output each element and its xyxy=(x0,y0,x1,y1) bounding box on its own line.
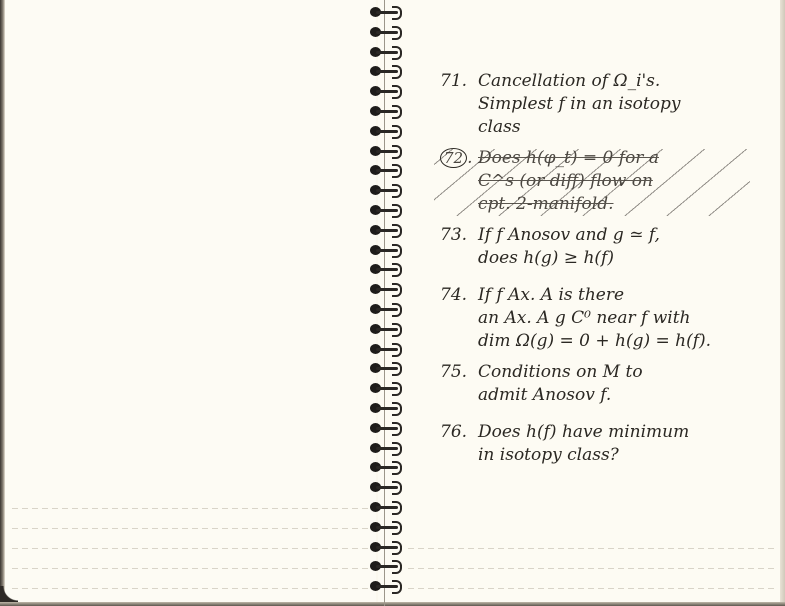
ring-hook xyxy=(392,244,402,258)
ring-hook xyxy=(392,145,402,159)
note-line: Simplest f in an isotopy xyxy=(440,93,780,116)
note-line: cpt. 2-manifold. xyxy=(440,193,780,216)
note-item-74: 74.If f Ax. A is there an Ax. A g C⁰ nea… xyxy=(440,284,780,353)
spiral-ring xyxy=(370,164,404,176)
ring-hook xyxy=(392,303,402,317)
spiral-ring xyxy=(370,481,404,493)
ring-hook xyxy=(392,323,402,337)
spiral-ring xyxy=(370,343,404,355)
note-line: If f Anosov and g ≃ f, xyxy=(478,225,660,245)
spiral-ring xyxy=(370,402,404,414)
note-line: Cancellation of Ω_i's. xyxy=(478,71,660,91)
handwritten-notes: 71.Cancellation of Ω_i's. Simplest f in … xyxy=(440,70,780,475)
spiral-ring xyxy=(370,204,404,216)
ring-hook xyxy=(392,184,402,198)
ring-hook xyxy=(392,204,402,218)
right-page-edge xyxy=(780,0,785,606)
spiral-ring xyxy=(370,382,404,394)
note-item-71: 71.Cancellation of Ω_i's. Simplest f in … xyxy=(440,70,780,139)
ring-hook xyxy=(392,501,402,515)
ring-hook xyxy=(392,224,402,238)
item-number: 76. xyxy=(440,421,478,444)
left-page xyxy=(0,0,376,606)
spiral-ring xyxy=(370,6,404,18)
ring-hook xyxy=(392,422,402,436)
ruled-line xyxy=(408,548,778,549)
spiral-ring xyxy=(370,244,404,256)
spiral-ring xyxy=(370,422,404,434)
spiral-ring xyxy=(370,46,404,58)
ring-hook xyxy=(392,283,402,297)
ruled-line xyxy=(408,588,778,589)
spiral-ring xyxy=(370,283,404,295)
spiral-ring xyxy=(370,303,404,315)
ring-hook xyxy=(392,362,402,376)
ruled-line xyxy=(12,528,372,529)
ring-hook xyxy=(392,6,402,20)
note-line: If f Ax. A is there xyxy=(478,285,624,305)
ring-hook xyxy=(392,461,402,475)
circled-number: 72 xyxy=(440,148,467,168)
spiral-ring xyxy=(370,442,404,454)
ring-hook xyxy=(392,164,402,178)
ring-hook xyxy=(392,26,402,40)
ring-hook xyxy=(392,125,402,139)
note-line: an Ax. A g C⁰ near f with xyxy=(440,307,780,330)
ring-hook xyxy=(392,46,402,60)
spiral-ring xyxy=(370,580,404,592)
ring-hook xyxy=(392,580,402,594)
note-line: dim Ω(g) = 0 + h(g) = h(f). xyxy=(440,330,780,353)
spiral-ring xyxy=(370,85,404,97)
spiral-ring xyxy=(370,461,404,473)
bottom-edge xyxy=(0,602,785,606)
spiral-ring xyxy=(370,263,404,275)
note-line: admit Anosov f. xyxy=(440,384,780,407)
spiral-ring xyxy=(370,105,404,117)
ruled-line xyxy=(12,548,372,549)
ring-hook xyxy=(392,442,402,456)
spiral-ring xyxy=(370,184,404,196)
note-line: class xyxy=(440,116,780,139)
spiral-ring xyxy=(370,501,404,513)
spiral-ring xyxy=(370,26,404,38)
note-line: Does h(f) have minimum xyxy=(478,422,689,442)
ring-hook xyxy=(392,402,402,416)
ring-hook xyxy=(392,382,402,396)
ring-hook xyxy=(392,105,402,119)
ruled-line xyxy=(12,568,372,569)
item-number: 75. xyxy=(440,361,478,384)
ring-hook xyxy=(392,343,402,357)
ring-hook xyxy=(392,85,402,99)
ring-hook xyxy=(392,65,402,79)
spiral-ring xyxy=(370,224,404,236)
note-item-73: 73.If f Anosov and g ≃ f, does h(g) ≥ h(… xyxy=(440,224,780,270)
ring-hook xyxy=(392,541,402,555)
ruled-line xyxy=(12,588,372,589)
ring-hook xyxy=(392,481,402,495)
spiral-ring xyxy=(370,125,404,137)
item-number: 71. xyxy=(440,70,478,93)
ruled-line xyxy=(12,508,372,509)
note-line: C^s (or diff) flow on xyxy=(440,170,780,193)
item-number: 74. xyxy=(440,284,478,307)
note-line: Conditions on M to xyxy=(478,362,643,382)
ruled-line xyxy=(408,568,778,569)
spiral-ring xyxy=(370,362,404,374)
spiral-ring xyxy=(370,541,404,553)
spiral-ring xyxy=(370,65,404,77)
spiral-ring xyxy=(370,560,404,572)
left-page-edge xyxy=(0,0,5,606)
ring-hook xyxy=(392,521,402,535)
item-number: 72. xyxy=(440,147,478,170)
note-line: in isotopy class? xyxy=(440,444,780,467)
note-item-72-struck: 72.Does h(φ_t) = 0 for a C^s (or diff) f… xyxy=(440,147,780,216)
spiral-ring xyxy=(370,323,404,335)
note-line: does h(g) ≥ h(f) xyxy=(440,247,780,270)
spiral-ring xyxy=(370,145,404,157)
spiral-ring xyxy=(370,521,404,533)
item-number: 73. xyxy=(440,224,478,247)
note-item-75: 75.Conditions on M to admit Anosov f. xyxy=(440,361,780,407)
note-line: Does h(φ_t) = 0 for a xyxy=(478,148,659,168)
ring-hook xyxy=(392,560,402,574)
ring-hook xyxy=(392,263,402,277)
note-item-76: 76.Does h(f) have minimum in isotopy cla… xyxy=(440,421,780,467)
